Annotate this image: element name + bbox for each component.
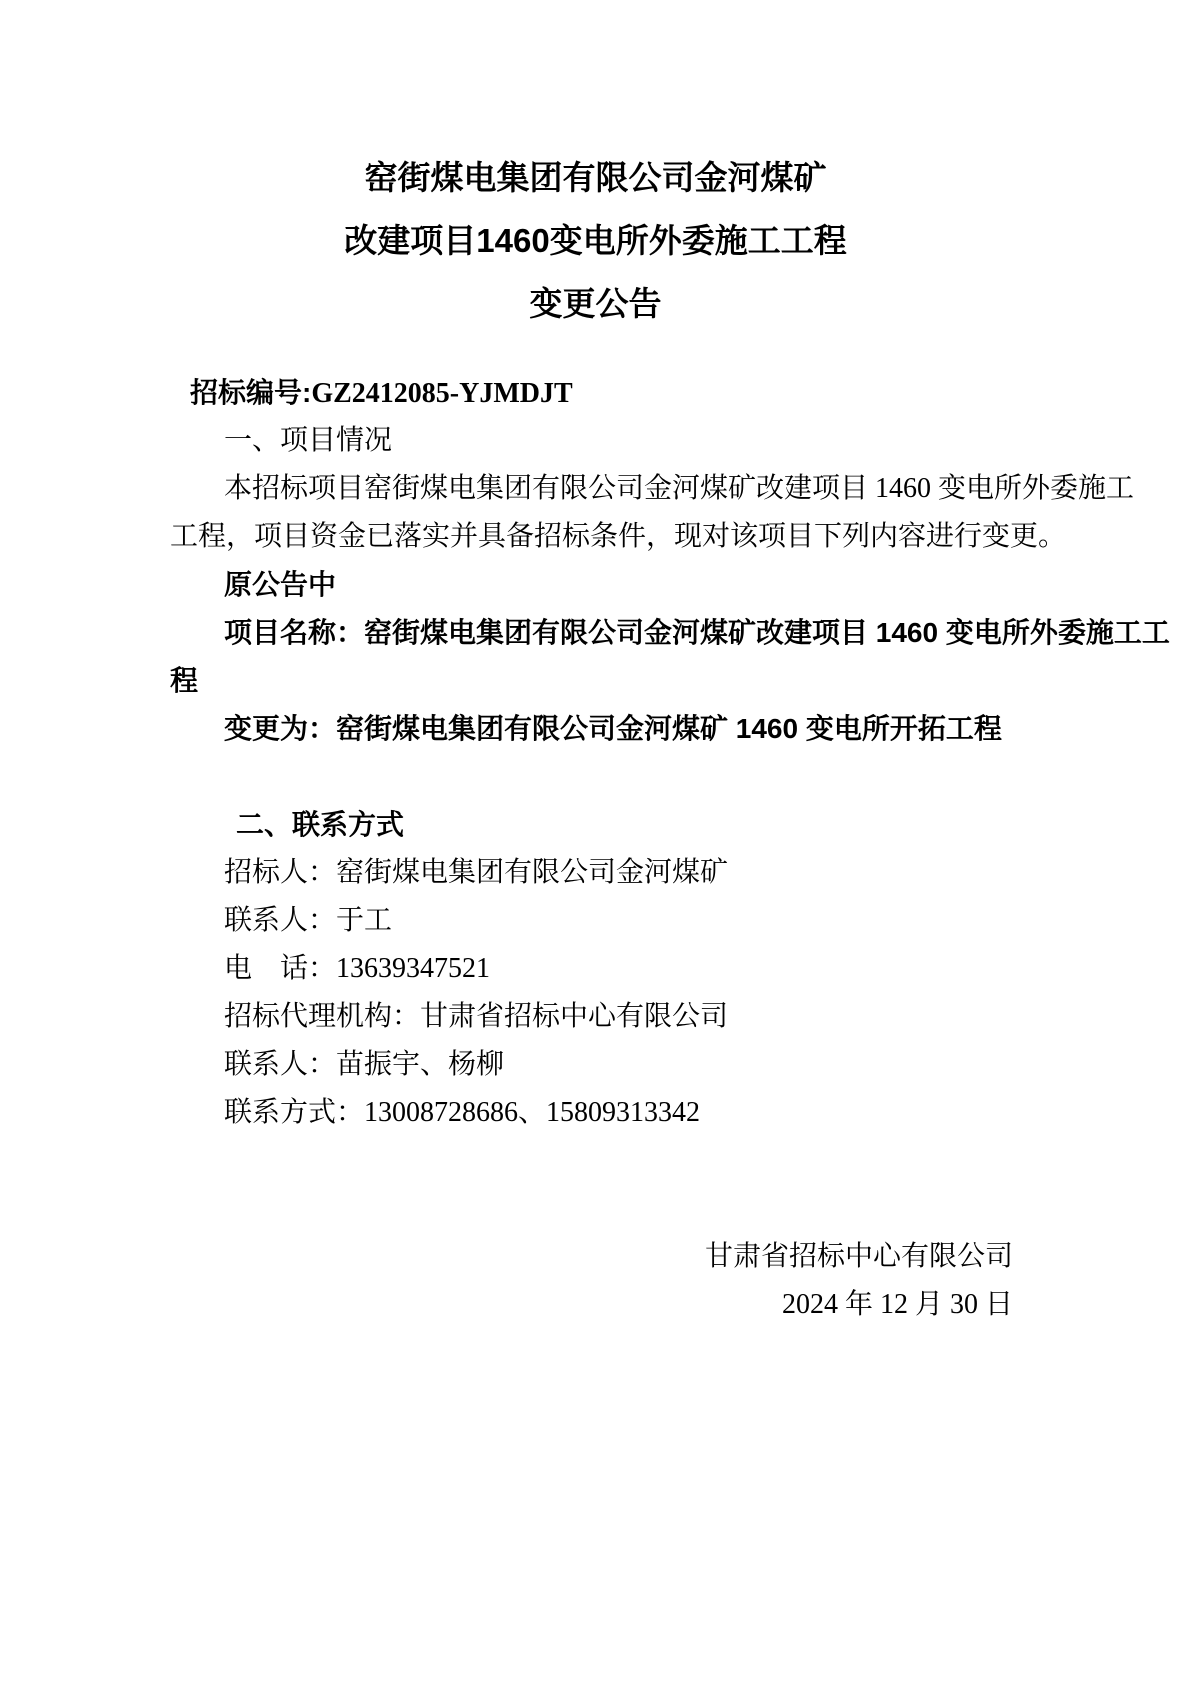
tender-number-value: GZ2412085-YJMDJT (311, 378, 572, 409)
tender-number-label: 招标编号: (190, 377, 311, 408)
original-project-name-line-2: 程 (170, 657, 1021, 705)
changed-to-line: 变更为：窑街煤电集团有限公司金河煤矿 1460 变电所开拓工程 (170, 705, 1021, 753)
contact-phone: 电 话：13639347521 (170, 945, 1021, 993)
tender-number-line: 招标编号:GZ2412085-YJMDJT (170, 369, 1021, 417)
spacer (170, 1185, 1021, 1233)
document-body: 招标编号:GZ2412085-YJMDJT 一、项目情况 本招标项目窑街煤电集团… (0, 369, 1191, 1329)
contact-agency: 招标代理机构：甘肃省招标中心有限公司 (170, 993, 1021, 1041)
title-line-1: 窑街煤电集团有限公司金河煤矿 (0, 146, 1191, 209)
section2-heading: 二、联系方式 (170, 801, 1021, 849)
project-paragraph-line-1: 本招标项目窑街煤电集团有限公司金河煤矿改建项目 1460 变电所外委施工 (170, 465, 1021, 513)
contact-agency-person: 联系人：苗振宇、杨柳 (170, 1041, 1021, 1089)
contact-tenderer: 招标人：窑街煤电集团有限公司金河煤矿 (170, 849, 1021, 897)
title-line-3: 变更公告 (0, 272, 1191, 335)
spacer (170, 1137, 1021, 1185)
section1-heading: 一、项目情况 (170, 417, 1021, 465)
title-line-2: 改建项目1460变电所外委施工工程 (0, 209, 1191, 272)
spacer (170, 753, 1021, 801)
original-announcement-heading: 原公告中 (170, 561, 1021, 609)
document-title: 窑街煤电集团有限公司金河煤矿 改建项目1460变电所外委施工工程 变更公告 (0, 0, 1191, 335)
original-project-name-line-1: 项目名称：窑街煤电集团有限公司金河煤矿改建项目 1460 变电所外委施工工 (170, 609, 1021, 657)
contact-agency-phone: 联系方式：13008728686、15809313342 (170, 1089, 1021, 1137)
signature-date: 2024 年 12 月 30 日 (170, 1281, 1021, 1329)
signature-company: 甘肃省招标中心有限公司 (170, 1233, 1021, 1281)
project-paragraph-line-2: 工程，项目资金已落实并具备招标条件，现对该项目下列内容进行变更。 (170, 513, 1021, 561)
document-page: 窑街煤电集团有限公司金河煤矿 改建项目1460变电所外委施工工程 变更公告 招标… (0, 0, 1191, 1684)
contact-person: 联系人：于工 (170, 897, 1021, 945)
